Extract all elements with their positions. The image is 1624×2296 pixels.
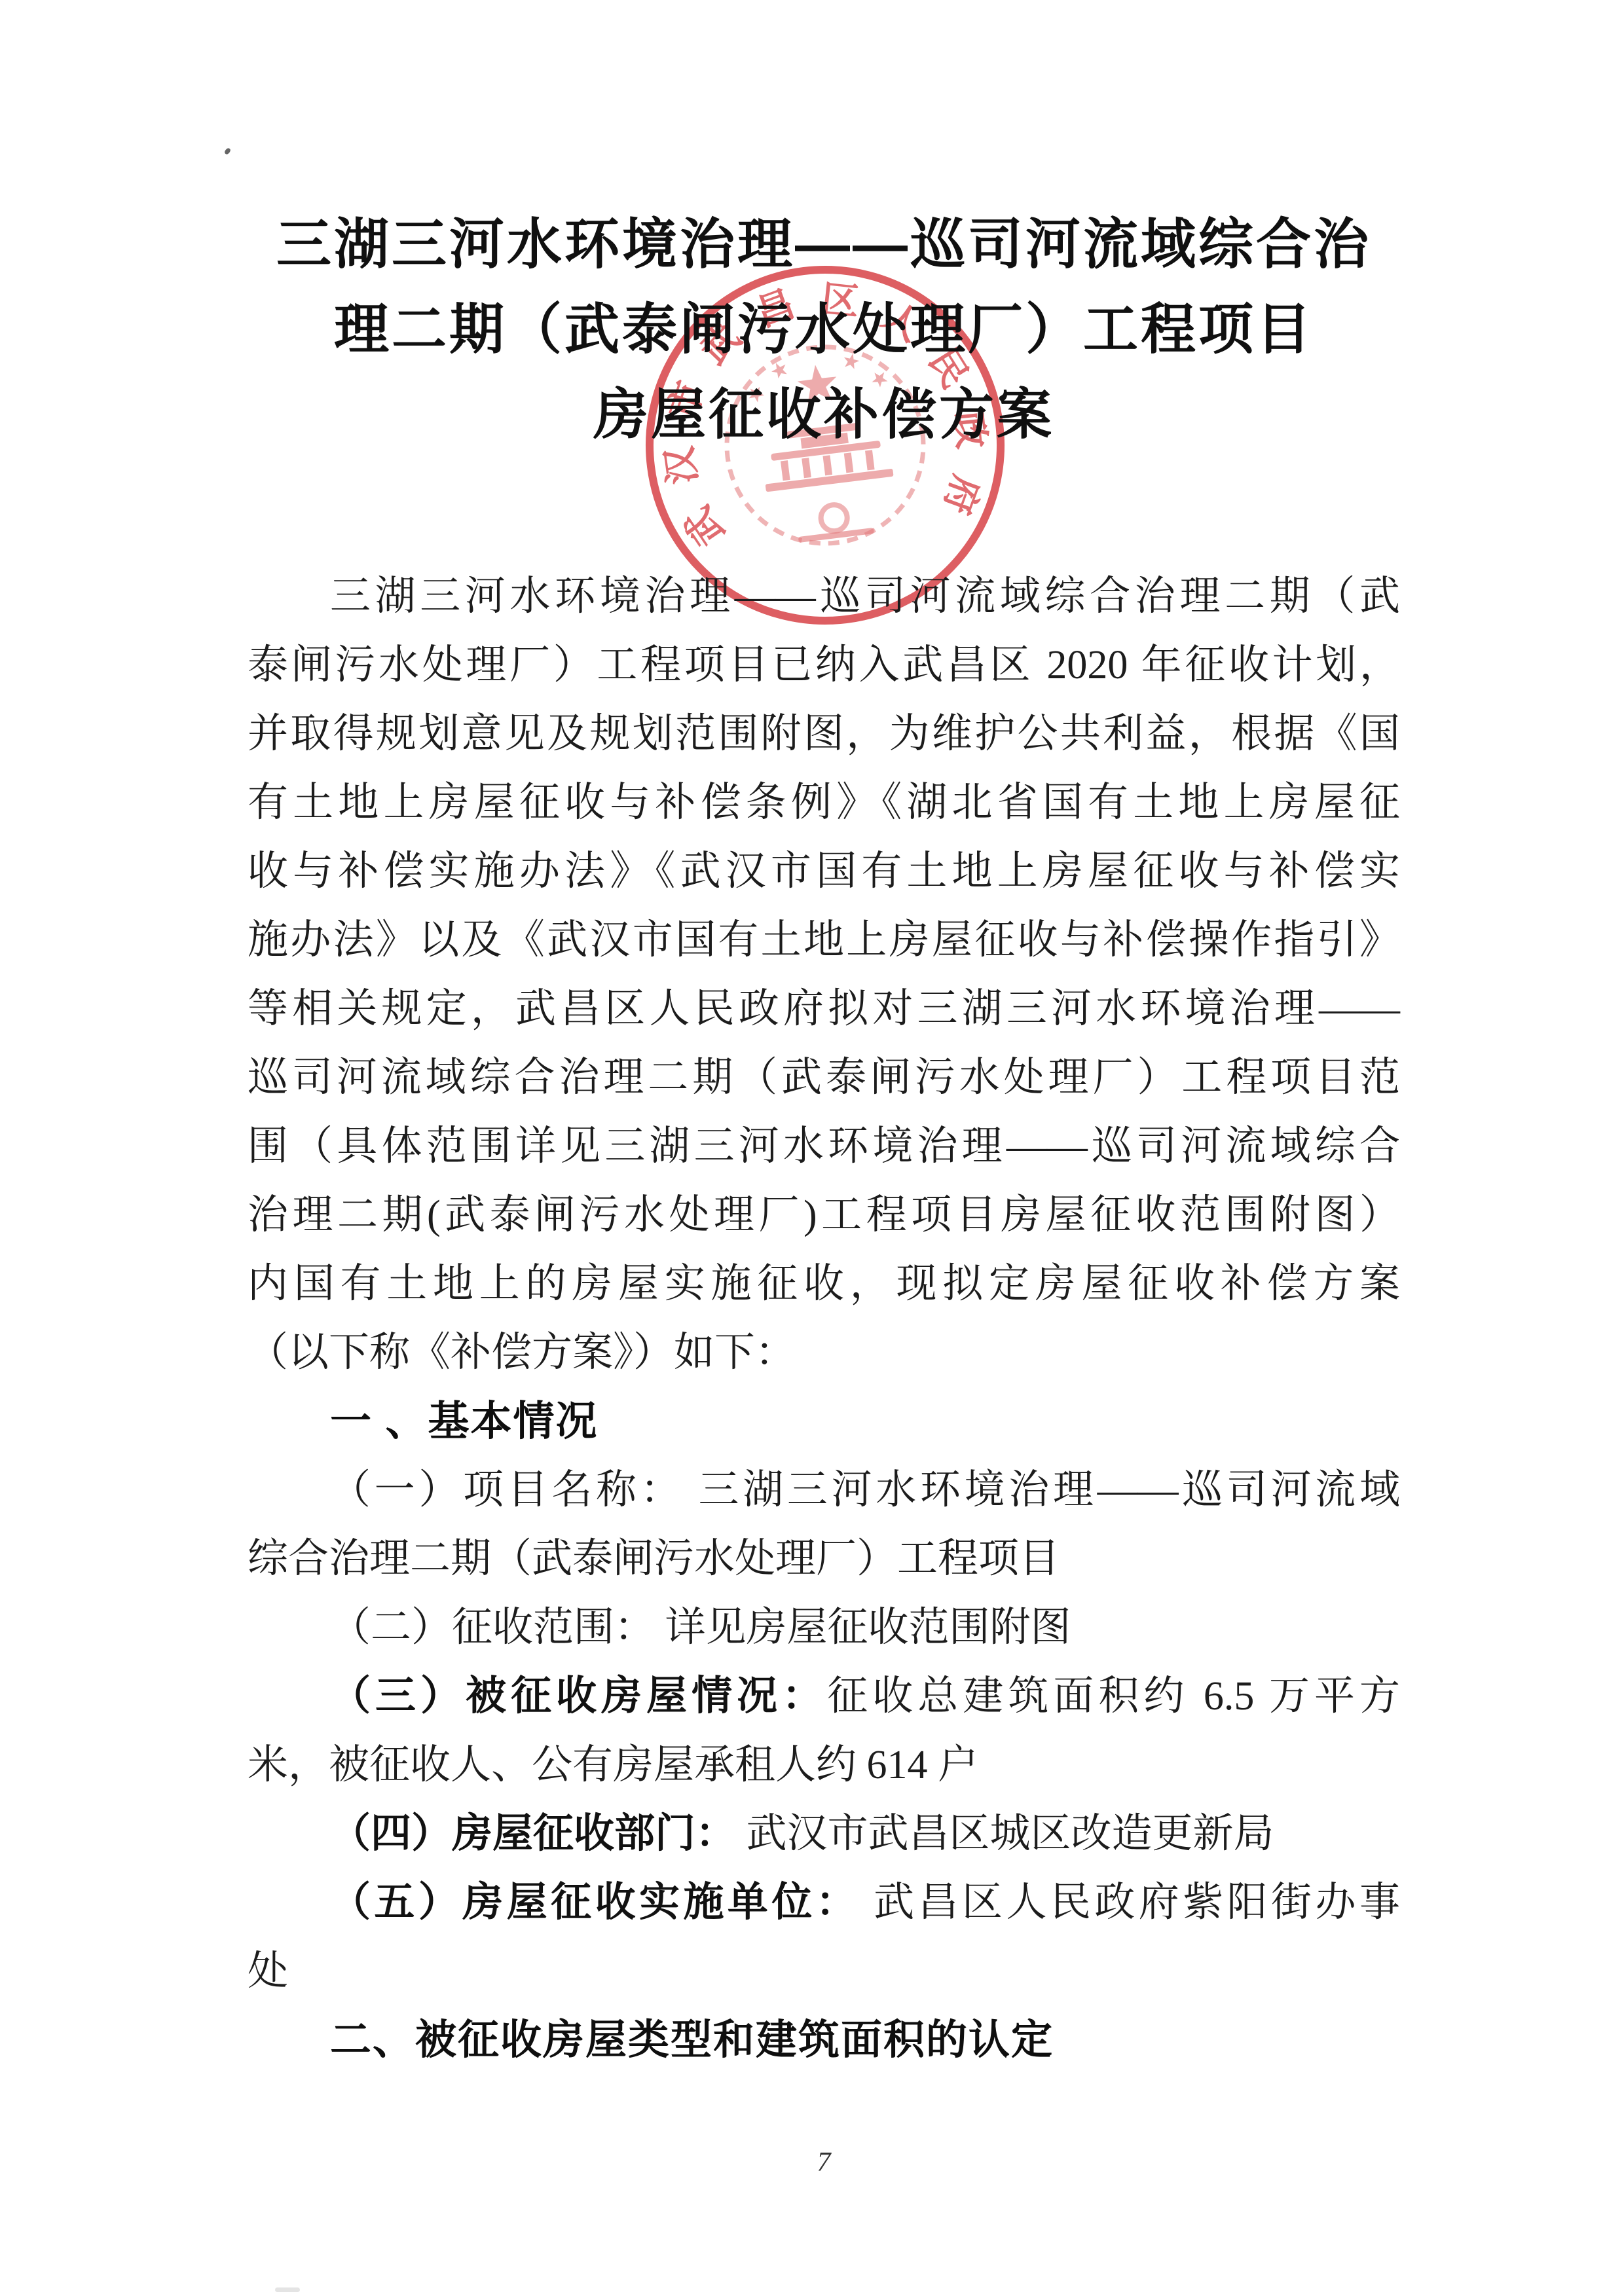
text-line: 米，被征收人、公有房屋承租人约 614 户 — [248, 1731, 1400, 1800]
text-run: （以下称《补偿方案》）如下： — [248, 1330, 796, 1375]
text-line: 巡司河流域综合治理二期（武泰闸污水处理厂）工程项目范 — [248, 1044, 1400, 1112]
section-heading: 二、被征收房屋类型和建筑面积的认定 — [248, 2006, 1400, 2075]
text-line: （三）被征收房屋情况：征收总建筑面积约 6.5 万平方 — [248, 1662, 1400, 1731]
text-line: （一）项目名称： 三湖三河水环境治理——巡司河流域 — [248, 1456, 1400, 1525]
text-line: 围（具体范围详见三湖三河水环境治理——巡司河流域综合 — [248, 1112, 1400, 1181]
document-body: 三湖三河水环境治理——巡司河流域综合治理二期（武泰闸污水处理厂）工程项目已纳入武… — [248, 562, 1400, 2075]
bold-label: （四）房屋征收部门： — [330, 1812, 736, 1856]
page-number: 7 — [248, 2146, 1400, 2179]
text-run: 二、被征收房屋类型和建筑面积的认定 — [330, 2017, 1054, 2063]
text-line: 处 — [248, 1937, 1400, 2006]
text-run: 泰闸污水处理厂）工程项目已纳入武昌区 2020 年征收计划， — [248, 643, 1400, 687]
text-run: 巡司河流域综合治理二期（武泰闸污水处理厂）工程项目范 — [248, 1055, 1400, 1100]
text-line: 内国有土地上的房屋实施征收，现拟定房屋征收补偿方案 — [248, 1250, 1400, 1319]
section-heading: 一 、基本情况 — [248, 1387, 1400, 1456]
text-run: 三湖三河水环境治理——巡司河流域综合治理二期（武 — [330, 574, 1400, 619]
text-line: 泰闸污水处理厂）工程项目已纳入武昌区 2020 年征收计划， — [248, 631, 1400, 700]
text-run: 征收总建筑面积约 6.5 万平方 — [827, 1674, 1400, 1719]
text-run: 处 — [248, 1949, 288, 1994]
document-title: 三湖三河水环境治理——巡司河流域综合治理二期（武泰闸污水处理厂）工程项目房屋征收… — [248, 0, 1400, 457]
text-line: 施办法》以及《武汉市国有土地上房屋征收与补偿操作指引》 — [248, 906, 1400, 975]
text-run: （一）项目名称： 三湖三河水环境治理——巡司河流域 — [330, 1468, 1400, 1512]
text-run: 武汉市武昌区城区改造更新局 — [736, 1812, 1274, 1856]
pencil-speck — [224, 147, 232, 155]
text-run: 内国有土地上的房屋实施征收，现拟定房屋征收补偿方案 — [248, 1262, 1400, 1306]
text-line: （以下称《补偿方案》）如下： — [248, 1319, 1400, 1387]
title-line: 理二期（武泰闸污水处理厂）工程项目 — [248, 287, 1400, 372]
bold-label: （五）房屋征收实施单位： — [330, 1880, 860, 1925]
text-line: 治理二期(武泰闸污水处理厂)工程项目房屋征收范围附图） — [248, 1181, 1400, 1250]
text-line: 有土地上房屋征收与补偿条例》《湖北省国有土地上房屋征 — [248, 769, 1400, 837]
text-run: 并取得规划意见及规划范围附图，为维护公共利益，根据《国 — [248, 712, 1400, 756]
text-run: 综合治理二期（武泰闸污水处理厂）工程项目 — [248, 1537, 1060, 1581]
scan-smudge — [275, 2287, 300, 2292]
text-run: 施办法》以及《武汉市国有土地上房屋征收与补偿操作指引》 — [248, 918, 1400, 962]
text-run: 有土地上房屋征收与补偿条例》《湖北省国有土地上房屋征 — [248, 780, 1400, 825]
text-run: 围（具体范围详见三湖三河水环境治理——巡司河流域综合 — [248, 1124, 1400, 1169]
text-line: （五）房屋征收实施单位： 武昌区人民政府紫阳街办事 — [248, 1868, 1400, 1937]
text-line: （二）征收范围： 详见房屋征收范围附图 — [248, 1594, 1400, 1662]
text-run: （二）征收范围： 详见房屋征收范围附图 — [330, 1605, 1071, 1650]
text-line: 并取得规划意见及规划范围附图，为维护公共利益，根据《国 — [248, 700, 1400, 769]
text-run: 米，被征收人、公有房屋承租人约 614 户 — [248, 1743, 978, 1787]
text-run: 等相关规定，武昌区人民政府拟对三湖三河水环境治理—— — [248, 987, 1400, 1031]
text-line: 三湖三河水环境治理——巡司河流域综合治理二期（武 — [248, 562, 1400, 631]
bold-label: （三）被征收房屋情况： — [330, 1674, 827, 1719]
text-line: （四）房屋征收部门： 武汉市武昌区城区改造更新局 — [248, 1800, 1400, 1868]
text-run: 一 、基本情况 — [330, 1398, 599, 1444]
text-run: 武昌区人民政府紫阳街办事 — [860, 1880, 1400, 1925]
document-page: 武汉市武昌区人民政府 — [0, 0, 1624, 2296]
text-line: 收与补偿实施办法》《武汉市国有土地上房屋征收与补偿实 — [248, 837, 1400, 906]
text-run: 收与补偿实施办法》《武汉市国有土地上房屋征收与补偿实 — [248, 849, 1400, 894]
text-run: 治理二期(武泰闸污水处理厂)工程项目房屋征收范围附图） — [248, 1193, 1400, 1237]
text-line: 等相关规定，武昌区人民政府拟对三湖三河水环境治理—— — [248, 975, 1400, 1044]
text-column: 三湖三河水环境治理——巡司河流域综合治理二期（武泰闸污水处理厂）工程项目房屋征收… — [248, 0, 1400, 2075]
text-line: 综合治理二期（武泰闸污水处理厂）工程项目 — [248, 1525, 1400, 1594]
title-line: 房屋征收补偿方案 — [248, 372, 1400, 457]
title-line: 三湖三河水环境治理——巡司河流域综合治 — [248, 202, 1400, 287]
